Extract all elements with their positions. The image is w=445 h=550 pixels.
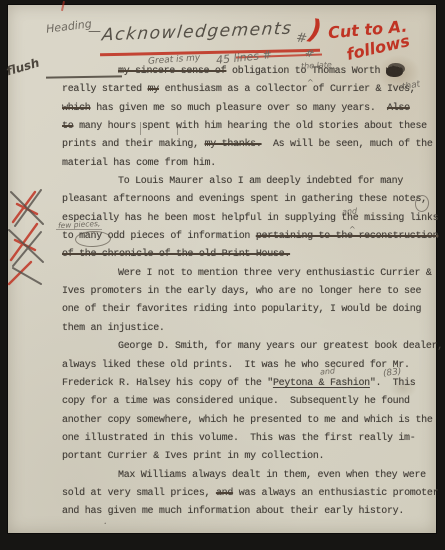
typed-line: always liked these old prints. It was he… (62, 360, 434, 378)
typed-segment: my (148, 84, 159, 95)
typed-segment: and has given me much information about … (62, 506, 404, 517)
typed-line: portant Currier & Ives print in my colle… (62, 451, 434, 469)
typed-line: another copy somewhere, which he present… (62, 415, 434, 433)
typed-segment: Max Williams always dealt in them, even … (118, 470, 426, 481)
insert-great-is-my: Great is my (148, 53, 201, 67)
typed-line: Were I not to mention three very enthusi… (62, 268, 434, 286)
typed-segment: Frederick R. Halsey his copy of the " (62, 378, 273, 389)
flush-margin-note: flush (5, 56, 41, 79)
typed-segment: who (386, 66, 403, 77)
typed-segment: of the chronicle of the old Print House. (62, 249, 290, 260)
typed-segment: really started (62, 84, 148, 95)
typed-line: Max Williams always dealt in them, even … (62, 470, 434, 488)
typed-line: pleasant afternoons and evenings spent i… (62, 194, 434, 212)
typed-segment: pleasant afternoons and evenings spent i… (62, 194, 427, 205)
typed-segment: my thanks. (205, 139, 262, 150)
typed-segment: material has come from him. (62, 158, 216, 169)
typed-segment: always liked these old prints. It was he… (62, 360, 410, 371)
typed-segment: to (62, 121, 73, 132)
typed-segment: has given me so much pleasure over so ma… (91, 103, 387, 114)
typed-segment: which (62, 103, 91, 114)
typed-body: my sincere sense of obligation to Thomas… (62, 66, 434, 525)
red-paren-mark: ) (306, 14, 324, 47)
typed-segment: was always an enthusiastic promoter (233, 488, 438, 499)
typed-segment: As will be seen, much of the (262, 139, 433, 150)
typed-segment: copy for a time was considered unique. S… (62, 396, 410, 407)
typed-segment: Also (387, 103, 410, 114)
typed-segment: one of their favorites riding into popul… (62, 304, 421, 315)
typed-segment: George D. Smith, for many years our grea… (118, 341, 443, 352)
typed-line: one illustrated in this volume. This was… (62, 433, 434, 451)
typed-line: prints and their making, my thanks. As w… (62, 139, 434, 157)
typed-line: material has come from him. (62, 158, 434, 176)
typed-line: one of their favorites riding into popul… (62, 304, 434, 322)
typed-segment: pertaining to the reconstruction (256, 231, 438, 242)
space-mark-hash-2: # (304, 46, 316, 61)
typed-segment: Were I not to mention three very enthusi… (118, 268, 432, 279)
typed-line: to many odd pieces of information pertai… (62, 231, 434, 249)
typed-segment: portant Currier & Ives print in my colle… (62, 451, 324, 462)
typed-line: of the chronicle of the old Print House. (62, 249, 434, 267)
typed-segment: prints and their making, (62, 139, 205, 150)
typed-segment: enthusiasm as a collector of Currier & I… (159, 84, 416, 95)
typed-segment: to many odd pieces of information (62, 231, 256, 242)
handwritten-title: Acknowledgements (101, 19, 293, 46)
typed-line: Ives promoters in the early days, who ar… (62, 286, 434, 304)
typed-line: Frederick R. Halsey his copy of the "Pey… (62, 378, 434, 396)
manuscript-page: Heading — Acknowledgements # # ) Cut to … (8, 5, 436, 533)
heading-dash: — (88, 24, 101, 39)
typed-line: my sincere sense of obligation to Thomas… (62, 66, 434, 84)
typed-segment: obligation to Thomas Worth (226, 66, 386, 77)
red-ink-tick (61, 1, 65, 11)
typed-segment: them an injustice. (62, 323, 165, 334)
margin-proof-marks (1, 188, 56, 288)
typed-line: George D. Smith, for many years our grea… (62, 341, 434, 359)
typed-segment: Ives promoters in the early days, who ar… (62, 286, 421, 297)
typed-line: which has given me so much pleasure over… (62, 103, 434, 121)
typed-segment: sold at very small prices, (62, 488, 216, 499)
typed-line: especially has he been most helpful in s… (62, 213, 434, 231)
typed-line: to many hours spent with him hearing the… (62, 121, 434, 139)
typed-line: To Louis Maurer also I am deeply indebte… (62, 176, 434, 194)
typed-segment: and (216, 488, 233, 499)
typed-segment: To Louis Maurer also I am deeply indebte… (118, 176, 403, 187)
typed-segment: my sincere sense of (118, 66, 226, 77)
typed-line: really started my enthusiasm as a collec… (62, 84, 434, 102)
typed-segment: another copy somewhere, which he present… (62, 415, 433, 426)
typed-line: and has given me much information about … (62, 506, 434, 524)
typed-line: them an injustice. (62, 323, 434, 341)
typed-segment: many hours spent with him hearing the ol… (73, 121, 426, 132)
typed-segment: especially has he been most helpful in s… (62, 213, 438, 224)
typed-segment: Peytona & Fashion (273, 378, 370, 389)
typed-line: copy for a time was considered unique. S… (62, 396, 434, 414)
typed-segment: one illustrated in this volume. This was… (62, 433, 415, 444)
heading-label-note: Heading (45, 17, 92, 35)
typed-line: sold at very small prices, and was alway… (62, 488, 434, 506)
typed-segment: ". This (370, 378, 416, 389)
